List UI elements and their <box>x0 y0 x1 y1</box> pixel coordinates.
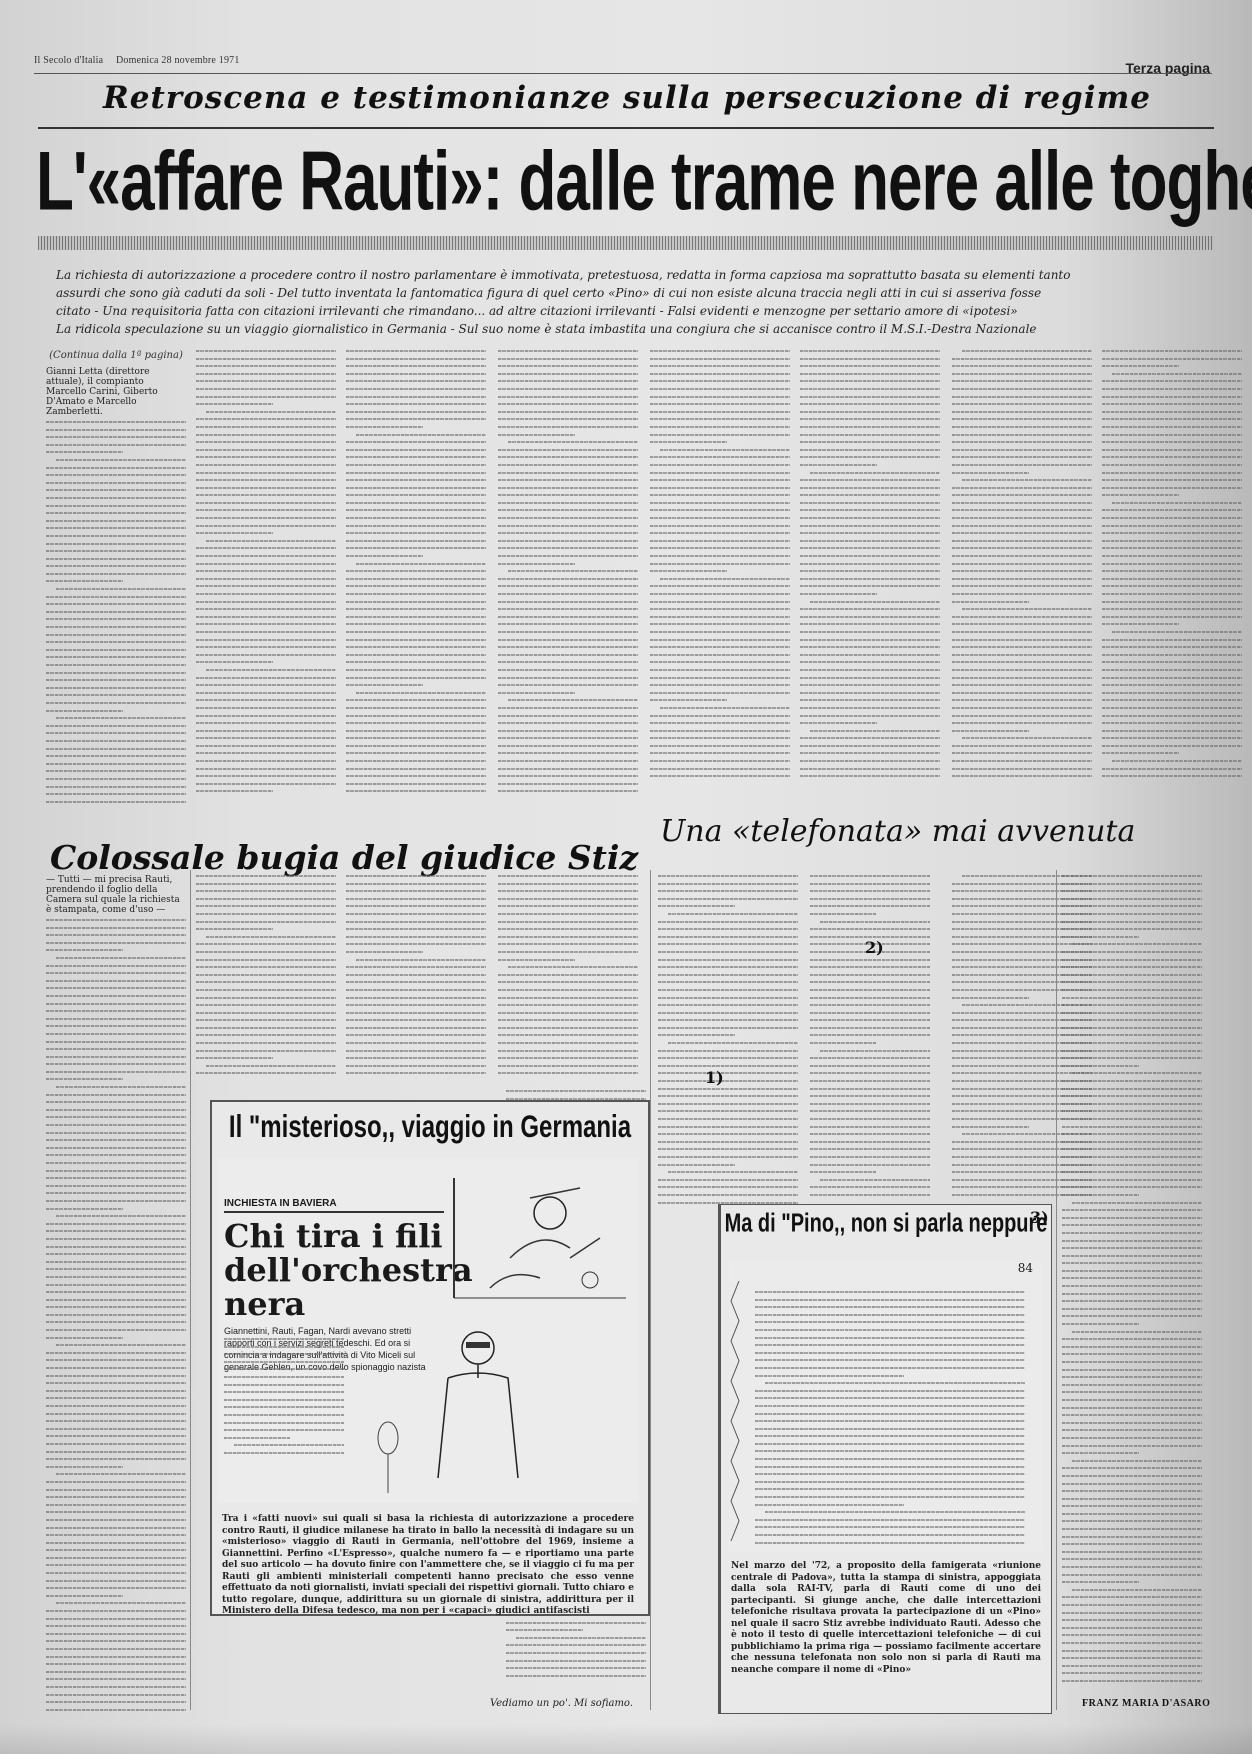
article-column <box>1062 875 1202 1688</box>
text-line <box>46 1132 186 1134</box>
text-line <box>1062 905 1202 907</box>
text-line <box>346 928 486 930</box>
issue-date: Domenica 28 novembre 1971 <box>116 55 240 66</box>
text-line <box>498 547 638 549</box>
text-line <box>46 1375 186 1377</box>
text-line <box>1062 1604 1202 1606</box>
text-line <box>650 517 790 519</box>
text-line <box>800 585 940 587</box>
text-line <box>356 563 486 565</box>
text-line <box>1102 517 1242 519</box>
text-line <box>196 752 336 754</box>
text-line <box>658 943 798 945</box>
text-line <box>346 426 423 428</box>
text-line <box>650 623 790 625</box>
text-line <box>650 464 790 466</box>
text-line <box>506 1660 646 1662</box>
text-line <box>800 768 940 770</box>
text-line <box>46 535 186 537</box>
text-line <box>498 722 638 724</box>
text-line <box>755 1504 904 1506</box>
text-line <box>46 1101 186 1103</box>
text-line <box>1102 525 1242 527</box>
text-line <box>755 1481 1025 1483</box>
text-line <box>346 730 486 732</box>
text-line <box>196 1057 273 1059</box>
text-line <box>346 502 486 504</box>
text-line <box>1062 1505 1202 1507</box>
text-line <box>810 601 940 603</box>
text-line <box>755 1321 1025 1323</box>
text-line <box>46 1048 186 1050</box>
text-line <box>1062 1498 1202 1500</box>
text-line <box>46 1003 186 1005</box>
text-line <box>952 380 1092 382</box>
text-line <box>196 898 336 900</box>
text-line <box>800 502 940 504</box>
text-line <box>346 623 486 625</box>
text-line <box>346 745 486 747</box>
text-line <box>46 1390 186 1392</box>
text-line <box>820 1179 930 1181</box>
text-line <box>755 1337 1025 1339</box>
text-line <box>650 509 790 511</box>
text-line <box>196 517 336 519</box>
text-line <box>1062 1414 1202 1416</box>
text-line <box>46 489 186 491</box>
text-line <box>346 875 486 877</box>
text-line <box>498 373 638 375</box>
text-line <box>346 669 486 671</box>
article-column <box>498 350 638 798</box>
text-line <box>46 1466 123 1468</box>
text-line <box>800 563 940 565</box>
text-line <box>668 1042 798 1044</box>
text-line <box>224 1376 344 1378</box>
text-line <box>658 1186 798 1188</box>
text-line <box>658 928 798 930</box>
clipping-title-line: Chi tira i fili <box>224 1219 444 1253</box>
text-line <box>952 585 1092 587</box>
text-line <box>498 661 638 663</box>
text-line <box>800 699 940 701</box>
text-line <box>498 646 638 648</box>
text-line <box>952 472 1029 474</box>
text-line <box>234 1444 344 1446</box>
text-line <box>1062 1171 1202 1173</box>
text-line <box>1062 1437 1202 1439</box>
text-line <box>46 987 186 989</box>
text-line <box>1062 974 1202 976</box>
text-line <box>196 608 336 610</box>
text-line <box>498 1027 638 1029</box>
text-line <box>800 661 940 663</box>
text-line <box>1062 875 1202 877</box>
text-line <box>1102 426 1242 428</box>
text-line <box>755 1458 1025 1460</box>
text-line <box>650 358 790 360</box>
text-line <box>498 532 638 534</box>
text-line <box>1102 441 1242 443</box>
text-line <box>46 793 186 795</box>
text-line <box>46 1618 186 1620</box>
text-line <box>346 479 486 481</box>
text-line <box>650 426 790 428</box>
text-line <box>196 997 336 999</box>
text-line <box>952 752 1092 754</box>
text-line <box>498 989 638 991</box>
text-line <box>1102 563 1242 565</box>
text-line <box>346 373 486 375</box>
text-line <box>196 875 336 877</box>
text-line <box>46 1010 186 1012</box>
text-line <box>46 565 186 567</box>
text-line <box>658 1072 798 1074</box>
text-line <box>1102 699 1242 701</box>
text-line <box>952 699 1092 701</box>
text-line <box>1062 1657 1202 1659</box>
text-line <box>46 672 186 674</box>
text-line <box>46 1261 186 1263</box>
text-line <box>196 883 336 885</box>
text-line <box>1102 646 1242 648</box>
text-line <box>1062 959 1202 961</box>
text-line <box>952 555 1092 557</box>
text-line <box>1062 1012 1202 1014</box>
pino-box-title: Ma di "Pino,, non si parla neppure <box>721 1210 1051 1240</box>
text-line <box>1102 623 1179 625</box>
text-line <box>952 494 1092 496</box>
text-line <box>196 570 336 572</box>
text-line <box>755 1413 1025 1415</box>
kicker-headline: Retroscena e testimonianze sulla persecu… <box>38 80 1216 116</box>
text-line <box>506 1622 646 1624</box>
text-line <box>196 1012 336 1014</box>
text-line <box>1062 1034 1202 1036</box>
text-line <box>346 654 486 656</box>
text-line <box>46 687 186 689</box>
text-line <box>196 623 336 625</box>
text-line <box>498 737 638 739</box>
text-line <box>196 547 336 549</box>
text-line <box>650 752 790 754</box>
text-line <box>1062 1057 1202 1059</box>
article-column <box>1102 350 1242 783</box>
text-line <box>46 1678 186 1680</box>
text-line <box>56 1215 186 1217</box>
text-line <box>952 426 1092 428</box>
text-line <box>800 373 940 375</box>
text-line <box>650 525 790 527</box>
text-line <box>650 722 790 724</box>
column-rule <box>190 870 191 1710</box>
text-line <box>346 760 486 762</box>
text-line <box>224 1391 344 1393</box>
caricature-illustration <box>450 1168 630 1308</box>
text-line <box>46 1527 186 1529</box>
text-line <box>46 1314 186 1316</box>
text-line <box>46 786 186 788</box>
text-line <box>224 1346 344 1348</box>
text-line <box>1062 1558 1202 1560</box>
text-line <box>46 919 186 921</box>
main-headline: L'«affare Rauti»: dalle trame nere alle … <box>36 134 1220 230</box>
text-line <box>800 616 940 618</box>
text-line <box>800 715 940 717</box>
text-line <box>46 1116 186 1118</box>
text-line <box>650 547 790 549</box>
text-line <box>46 1124 186 1126</box>
text-line <box>346 890 486 892</box>
text-line <box>46 603 186 605</box>
text-line <box>498 555 638 557</box>
text-line <box>498 752 638 754</box>
text-line <box>46 520 186 522</box>
text-line <box>196 509 336 511</box>
text-line <box>800 722 877 724</box>
text-line <box>1062 1103 1202 1105</box>
text-line <box>650 472 790 474</box>
text-line <box>196 1050 336 1052</box>
text-line <box>346 593 486 595</box>
text-line <box>346 601 486 603</box>
text-line <box>346 365 486 367</box>
text-line <box>498 434 575 436</box>
text-line <box>498 928 638 930</box>
text-line <box>46 421 186 423</box>
text-line <box>952 517 1092 519</box>
text-line <box>658 1141 798 1143</box>
text-line <box>346 646 486 648</box>
text-line <box>810 959 930 961</box>
text-line <box>46 611 186 613</box>
text-line <box>1062 1642 1202 1644</box>
text-line <box>1062 1566 1202 1568</box>
text-line <box>650 684 790 686</box>
text-line <box>46 1709 186 1711</box>
text-line <box>346 943 486 945</box>
text-line <box>46 980 186 982</box>
text-line <box>346 639 486 641</box>
text-line <box>1062 951 1202 953</box>
text-line <box>46 1253 186 1255</box>
text-line <box>56 588 186 590</box>
text-line <box>56 1086 186 1088</box>
text-line <box>46 1610 186 1612</box>
text-line <box>196 639 336 641</box>
text-line <box>800 555 940 557</box>
text-line <box>1102 555 1242 557</box>
text-line <box>658 1080 798 1082</box>
text-line <box>668 913 798 915</box>
text-line <box>952 669 1092 671</box>
text-line <box>1102 411 1242 413</box>
text-line <box>46 641 186 643</box>
text-line <box>1062 1262 1202 1264</box>
text-line <box>1062 1179 1202 1181</box>
text-line <box>800 623 940 625</box>
text-line <box>346 525 486 527</box>
subhead-giudice-stiz: Colossale bugia del giudice Stiz <box>50 838 638 877</box>
text-line <box>650 639 790 641</box>
text-line <box>1062 898 1202 900</box>
text-line <box>658 1088 798 1090</box>
text-line <box>658 1179 798 1181</box>
text-line <box>498 936 638 938</box>
text-line <box>1062 1004 1202 1006</box>
text-line <box>1062 1095 1202 1097</box>
article-column <box>498 875 638 1080</box>
text-line <box>650 532 790 534</box>
text-line <box>810 966 930 968</box>
text-line <box>1102 722 1242 724</box>
text-line <box>1112 760 1242 762</box>
text-line <box>516 1637 646 1639</box>
text-line <box>1062 1308 1202 1310</box>
text-line <box>1062 1156 1202 1158</box>
text-line <box>1102 768 1242 770</box>
text-line <box>506 1675 646 1677</box>
text-line <box>196 928 273 930</box>
text-line <box>46 1071 186 1073</box>
text-line <box>800 509 940 511</box>
masthead: Il Secolo d'Italia Domenica 28 novembre … <box>34 55 240 66</box>
text-line <box>660 707 790 709</box>
text-line <box>952 661 1092 663</box>
text-line <box>498 654 638 656</box>
text-line <box>196 684 336 686</box>
text-line <box>498 783 638 785</box>
text-line <box>800 745 940 747</box>
text-line <box>1062 1376 1202 1378</box>
text-line <box>46 1564 186 1566</box>
text-line <box>498 426 638 428</box>
text-line <box>196 449 336 451</box>
text-line <box>196 768 336 770</box>
text-line <box>658 1133 798 1135</box>
text-line <box>800 570 940 572</box>
text-line <box>46 778 186 780</box>
text-line <box>952 373 1092 375</box>
text-line <box>1062 1141 1202 1143</box>
text-line <box>196 981 336 983</box>
text-line <box>1062 913 1202 915</box>
article-column <box>952 350 1092 783</box>
text-line <box>46 1170 186 1172</box>
text-line <box>952 540 1092 542</box>
text-line <box>196 479 336 481</box>
text-line <box>498 616 638 618</box>
torn-edge-left <box>729 1281 743 1551</box>
text-line <box>1062 1407 1202 1409</box>
text-line <box>356 692 486 694</box>
text-line <box>650 411 790 413</box>
text-line <box>800 760 940 762</box>
text-line <box>46 934 186 936</box>
text-line <box>1062 1467 1202 1469</box>
text-line <box>196 943 336 945</box>
text-line <box>1102 752 1179 754</box>
text-line <box>755 1534 1025 1536</box>
text-line <box>660 578 790 580</box>
text-line <box>46 1162 186 1164</box>
text-line <box>224 1429 344 1431</box>
text-line <box>658 1019 798 1021</box>
text-line <box>46 1625 186 1627</box>
text-line <box>46 1443 186 1445</box>
text-line <box>498 365 638 367</box>
text-line <box>1062 890 1202 892</box>
text-line <box>765 1382 1025 1384</box>
text-line <box>46 1321 186 1323</box>
text-line <box>1102 509 1242 511</box>
text-line <box>498 639 638 641</box>
text-line <box>810 1042 876 1044</box>
text-line <box>196 494 336 496</box>
text-line <box>800 752 940 754</box>
text-line <box>498 981 638 983</box>
text-line <box>46 1056 186 1058</box>
text-line <box>46 763 186 765</box>
text-line <box>498 943 638 945</box>
text-line <box>1102 380 1242 382</box>
text-line <box>1062 1209 1202 1211</box>
text-line <box>46 770 186 772</box>
text-line <box>46 1572 186 1574</box>
text-line <box>1062 1088 1202 1090</box>
text-line <box>810 883 930 885</box>
text-line <box>658 1126 798 1128</box>
text-line <box>346 608 486 610</box>
text-line <box>46 1701 186 1703</box>
text-line <box>1062 1520 1202 1522</box>
text-line <box>46 1557 186 1559</box>
text-line <box>800 692 940 694</box>
text-line <box>224 1414 344 1416</box>
text-line <box>346 1042 486 1044</box>
text-line <box>46 1633 186 1635</box>
figure-illustration <box>358 1318 598 1498</box>
text-line <box>196 989 336 991</box>
text-line <box>800 380 940 382</box>
text-line <box>46 1352 186 1354</box>
text-line <box>952 525 1092 527</box>
text-line <box>196 1027 336 1029</box>
scan-shadow <box>0 1724 1252 1754</box>
text-line <box>1062 1384 1202 1386</box>
text-line <box>1102 684 1242 686</box>
text-line <box>1072 943 1202 945</box>
text-line <box>46 1686 186 1688</box>
text-line <box>196 1072 336 1074</box>
text-line <box>498 760 638 762</box>
text-line <box>196 722 336 724</box>
text-line <box>755 1496 1025 1498</box>
text-line <box>508 699 638 701</box>
text-line <box>1102 358 1242 360</box>
text-line <box>952 396 1092 398</box>
text-line <box>196 456 336 458</box>
text-line <box>658 1050 798 1052</box>
text-line <box>755 1450 1025 1452</box>
text-line <box>46 1580 186 1582</box>
text-line <box>46 702 186 704</box>
text-line <box>1062 1619 1202 1621</box>
text-line <box>46 1177 186 1179</box>
text-line <box>810 981 930 983</box>
text-line <box>46 1109 186 1111</box>
text-line <box>755 1367 1025 1369</box>
